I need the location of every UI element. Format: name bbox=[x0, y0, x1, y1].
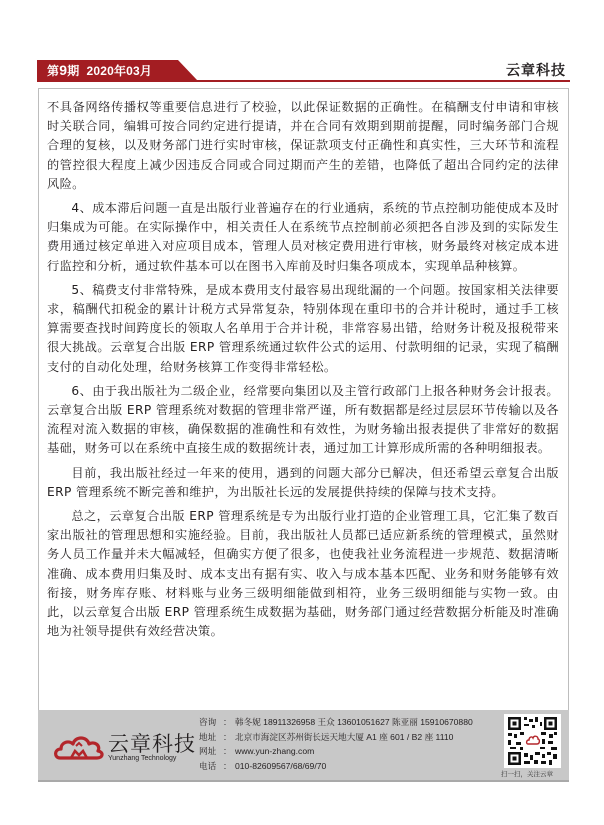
paragraph: 目前，我出版社经过一年来的使用，遇到的问题大部分已解决，但还希望云章复合出版 E… bbox=[47, 464, 559, 502]
article-body: 不具备网络传播权等重要信息进行了校验，以此保证数据的正确性。在稿酬支付申请和审核… bbox=[47, 98, 559, 646]
contact-row-consult: 咨询：韩冬妮 18911326958 王众 13601051627 陈亚丽 15… bbox=[199, 715, 473, 730]
paragraph: 总之，云章复合出版 ERP 管理系统是专为出版行业打造的企业管理工具，它汇集了数… bbox=[47, 507, 559, 641]
logo-name-cn: 云章科技 bbox=[108, 728, 196, 758]
issue-tab: 第9期 2020年03月 bbox=[37, 60, 197, 80]
paragraph: 不具备网络传播权等重要信息进行了校验，以此保证数据的正确性。在稿酬支付申请和审核… bbox=[47, 98, 559, 194]
issue-date: 2020年03月 bbox=[86, 64, 152, 78]
paragraph: 4、成本滞后问题一直是出版行业普遍存在的行业通病，系统的节点控制功能使成本及时归… bbox=[47, 199, 559, 276]
qr-code-icon bbox=[504, 714, 561, 768]
contact-row-phone: 电话：010-82609567/68/69/70 bbox=[199, 759, 473, 774]
contact-row-address: 地址：北京市海淀区苏州街长远天地大厦 A1 座 601 / B2 座 1110 bbox=[199, 730, 473, 745]
issue-label: 第9期 2020年03月 bbox=[47, 62, 152, 79]
logo-name-en: Yunzhang Technology bbox=[108, 755, 176, 762]
page-header: 第9期 2020年03月 云章科技 bbox=[37, 60, 570, 82]
contact-row-website: 网址：www.yun-zhang.com bbox=[199, 744, 473, 759]
footer-band: 云章科技 Yunzhang Technology 咨询：韩冬妮 18911326… bbox=[38, 710, 569, 782]
cloud-logo-icon bbox=[54, 732, 104, 762]
company-logo: 云章科技 Yunzhang Technology bbox=[54, 728, 204, 768]
issue-number: 9 bbox=[59, 62, 67, 78]
paragraph: 5、稿费支付非常特殊，是成本费用支付最容易出现纰漏的一个问题。按国家相关法律要求… bbox=[47, 281, 559, 377]
contact-info: 咨询：韩冬妮 18911326958 王众 13601051627 陈亚丽 15… bbox=[199, 715, 473, 773]
header-rule bbox=[37, 80, 570, 82]
paragraph: 6、由于我出版社为二级企业，经常要向集团以及主管行政部门上报各种财务会计报表。云… bbox=[47, 382, 559, 459]
website-link[interactable]: www.yun-zhang.com bbox=[235, 746, 314, 756]
qr-caption: 扫一扫，关注云章 bbox=[501, 769, 553, 778]
header-brand: 云章科技 bbox=[506, 60, 566, 80]
